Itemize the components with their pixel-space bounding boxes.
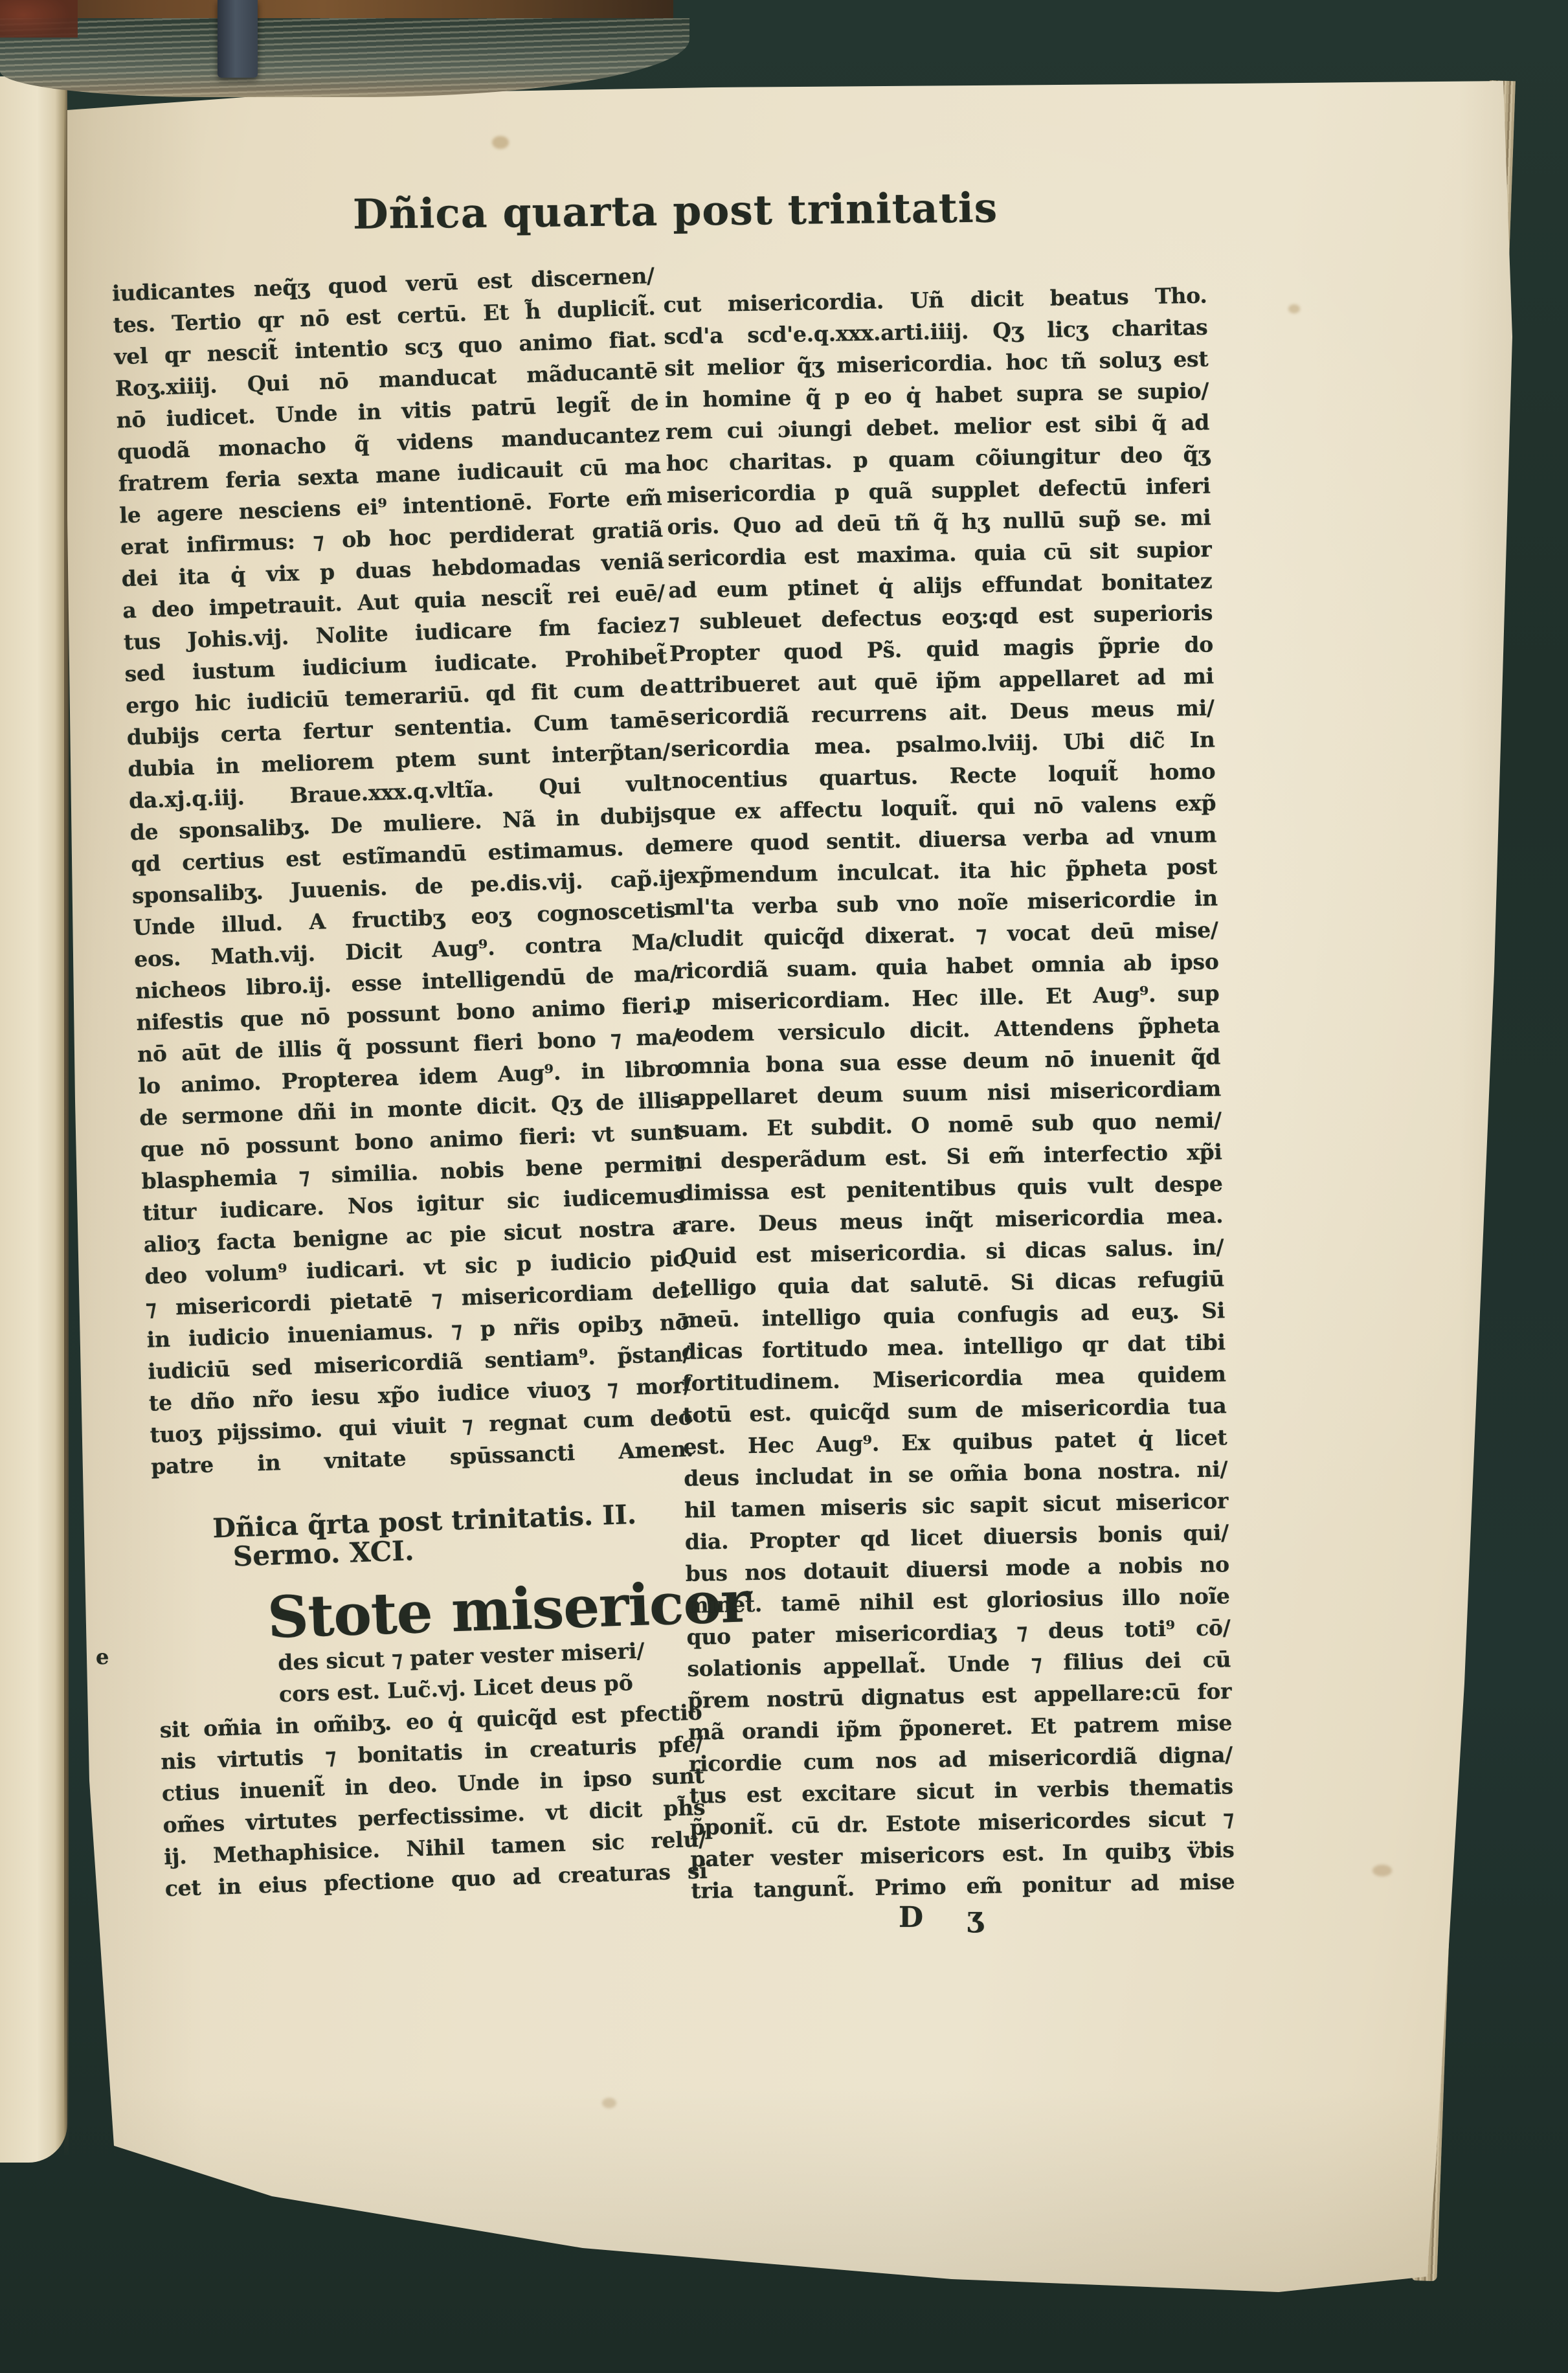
rubricator-guide-letter: e — [96, 1645, 109, 1669]
page-block-top-edge — [0, 18, 689, 97]
quire-signature-mark: D ʒ — [899, 1901, 1000, 1934]
right-column-text: cut misericordia. Uñ dicit beatus Tho. s… — [663, 280, 1235, 1907]
scanned-book-photo: Dñica quarta post trinitatis iudicantes … — [0, 0, 1568, 2373]
foxing-spot — [602, 2098, 616, 2108]
facing-page-edge — [0, 76, 67, 2163]
left-text-column: iudicantes neq̃ʒ quod verū est discernen… — [111, 260, 708, 1904]
foxing-spot — [1288, 304, 1300, 313]
endband — [0, 0, 78, 38]
right-text-column: cut misericordia. Uñ dicit beatus Tho. s… — [663, 280, 1235, 1907]
running-title: Dñica quarta post trinitatis — [353, 183, 1079, 238]
clasp-strap — [218, 0, 258, 78]
left-column-text-continued: sit om̃ia in om̃ibʒ. eo q̇ quicq̃d est p… — [159, 1696, 708, 1905]
left-column-text: iudicantes neq̃ʒ quod verū est discernen… — [111, 260, 693, 1483]
foxing-spot — [1372, 1865, 1392, 1876]
foxing-spot — [492, 136, 509, 149]
